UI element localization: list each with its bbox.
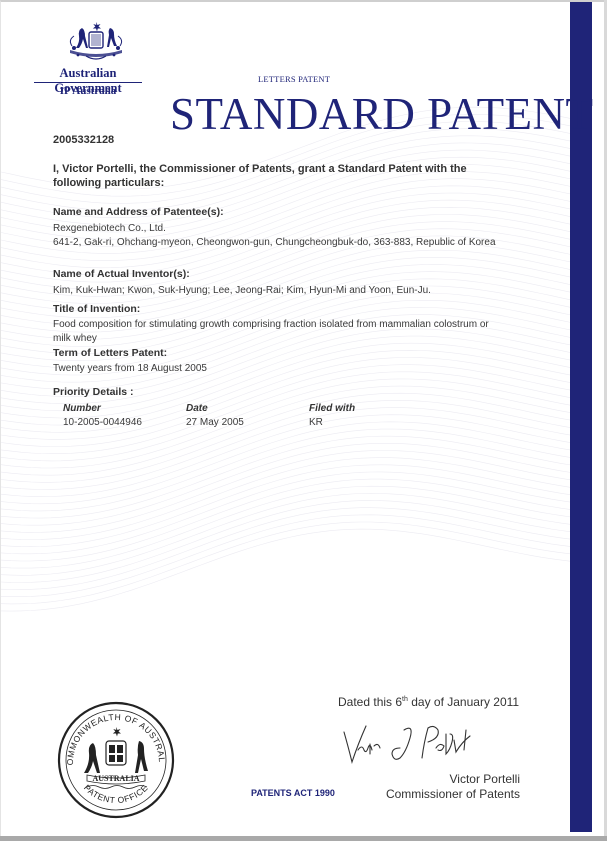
office-name: IP Australia: [32, 85, 144, 97]
invention-title-heading: Title of Invention:: [53, 303, 140, 315]
patents-act-label: PATENTS ACT 1990: [251, 788, 335, 798]
dated-prefix: Dated this 6: [338, 695, 402, 709]
priority-filed-with: KR: [309, 417, 323, 428]
term-heading: Term of Letters Patent:: [53, 347, 167, 359]
priority-col-filed-with: Filed with: [309, 403, 355, 414]
signer-name: Victor Portelli: [450, 772, 520, 786]
page-title: STANDARD PATENT: [170, 92, 594, 137]
inventors-value: Kim, Kuk-Hwan; Kwon, Suk-Hyung; Lee, Jeo…: [53, 284, 503, 298]
commissioner-signature: [338, 720, 508, 768]
priority-col-date: Date: [186, 403, 208, 414]
dated-line: Dated this 6th day of January 2011: [338, 695, 519, 709]
inventors-heading: Name of Actual Inventor(s):: [53, 268, 190, 280]
dated-suffix: day of January 2011: [408, 695, 519, 709]
grant-statement: I, Victor Portelli, the Commissioner of …: [53, 162, 493, 190]
term-value: Twenty years from 18 August 2005: [53, 362, 503, 376]
svg-text:AUSTRALIA: AUSTRALIA: [92, 774, 139, 783]
patent-number: 2005332128: [53, 134, 114, 146]
logo-divider: [34, 82, 142, 83]
priority-col-number: Number: [63, 403, 101, 414]
document-type: LETTERS PATENT: [258, 74, 330, 84]
patentee-address: 641-2, Gak-ri, Ohchang-myeon, Cheongwon-…: [53, 236, 503, 250]
patent-office-seal-icon: COMMONWEALTH OF AUSTRALIA PATENT OFFICE …: [57, 701, 175, 819]
coat-of-arms-icon: [62, 20, 130, 64]
signer-title: Commissioner of Patents: [386, 787, 520, 801]
patentee-heading: Name and Address of Patentee(s):: [53, 206, 224, 218]
invention-title-value: Food composition for stimulating growth …: [53, 318, 503, 346]
priority-number: 10-2005-0044946: [63, 417, 142, 428]
patentee-name: Rexgenebiotech Co., Ltd.: [53, 222, 503, 236]
page-bottom-edge: [0, 836, 607, 841]
priority-heading: Priority Details :: [53, 386, 134, 398]
priority-date: 27 May 2005: [186, 417, 244, 428]
